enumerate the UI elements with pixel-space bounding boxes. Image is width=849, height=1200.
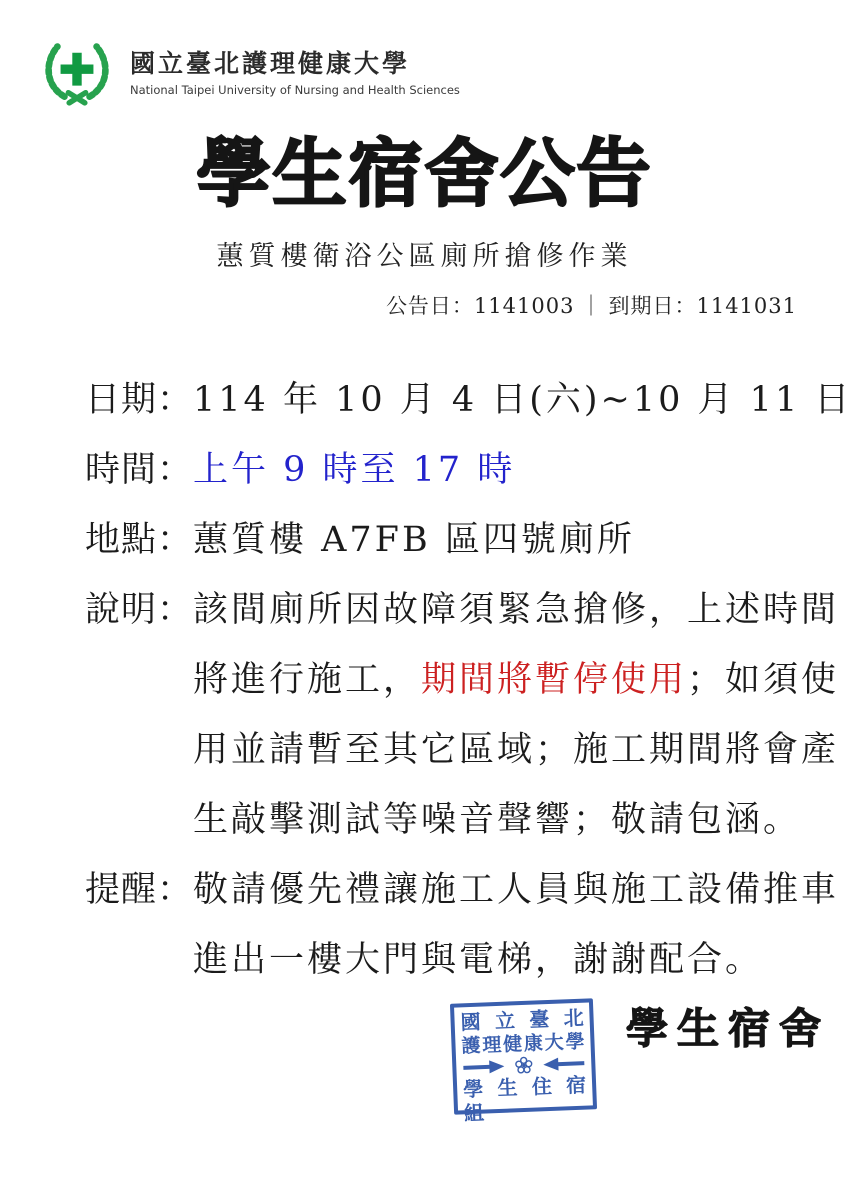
university-logo: 國立臺北護理健康大學 National Taipei University of… <box>34 34 460 106</box>
date-text: 114 年 10 月 4 日(六)~10 月 11 日(六) <box>193 380 849 420</box>
office-stamp: 國 立 臺 北 護理健康大學 學 生 住 宿 組 <box>450 998 597 1114</box>
publish-date-value: 1141003 <box>474 294 575 318</box>
description-line-2: 將進行施工，期間將暫停使用；如須使 <box>193 645 839 715</box>
university-name-en: National Taipei University of Nursing an… <box>130 83 460 97</box>
announcement-title: 學生宿舍公告 <box>0 122 849 226</box>
publish-date-label: 公告日： <box>386 294 474 318</box>
description-text: 生敲擊測試等噪音聲響；敬請包涵。 <box>193 800 801 840</box>
expire-date-value: 1141031 <box>696 294 797 318</box>
reminder-row: 提醒： 敬請優先禮讓施工人員與施工設備推車 進出一樓大門與電梯，謝謝配合。 <box>85 855 807 995</box>
location-text: 蕙質樓 A7FB 區四號廁所 <box>193 520 635 560</box>
date-row: 日期： 114 年 10 月 4 日(六)~10 月 11 日(六) <box>85 365 807 435</box>
logo-text: 國立臺北護理健康大學 National Taipei University of… <box>130 44 460 97</box>
announcement-subtitle: 蕙質樓衛浴公區廁所搶修作業 <box>0 238 849 276</box>
dormitory-announcement-page: 國立臺北護理健康大學 National Taipei University of… <box>0 0 849 1200</box>
stamp-line-4: 學 生 住 宿 組 <box>463 1073 588 1126</box>
description-line-1: 該間廁所因故障須緊急搶修，上述時間 <box>193 575 839 645</box>
announcement-dates: 公告日：1141003｜到期日：1141031 <box>386 291 797 321</box>
reminder-text: 進出一樓大門與電梯，謝謝配合。 <box>193 940 763 980</box>
time-text: 上午 9 時至 17 時 <box>193 450 515 490</box>
date-separator: ｜ <box>580 294 602 318</box>
time-row: 時間： 上午 9 時至 17 時 <box>85 435 807 505</box>
reminder-value: 敬請優先禮讓施工人員與施工設備推車 進出一樓大門與電梯，謝謝配合。 <box>193 855 839 995</box>
plum-blossom-icon <box>514 1056 534 1076</box>
suspended-use-warning-text: 期間將暫停使用 <box>421 660 687 700</box>
expire-date-label: 到期日： <box>608 294 696 318</box>
signature-student-dormitory: 學生宿舍 <box>626 999 830 1059</box>
arrow-left-icon <box>543 1056 586 1073</box>
university-name-zh: 國立臺北護理健康大學 <box>130 44 460 80</box>
description-row: 說明： 該間廁所因故障須緊急搶修，上述時間 將進行施工，期間將暫停使用；如須使 … <box>85 575 807 855</box>
green-cross <box>58 50 96 88</box>
university-emblem-icon <box>34 34 120 106</box>
reminder-label: 提醒： <box>85 855 193 925</box>
location-value: 蕙質樓 A7FB 區四號廁所 <box>193 505 807 575</box>
arrow-right-icon <box>462 1059 505 1076</box>
location-label: 地點： <box>85 505 193 575</box>
description-value: 該間廁所因故障須緊急搶修，上述時間 將進行施工，期間將暫停使用；如須使 用並請暫… <box>193 575 839 855</box>
time-label: 時間： <box>85 435 193 505</box>
description-text: ；如須使 <box>687 660 839 700</box>
description-line-3: 用並請暫至其它區域；施工期間將會產 <box>193 715 839 785</box>
location-row: 地點： 蕙質樓 A7FB 區四號廁所 <box>85 505 807 575</box>
announcement-body: 日期： 114 年 10 月 4 日(六)~10 月 11 日(六) 時間： 上… <box>85 365 807 995</box>
description-text: 用並請暫至其它區域；施工期間將會產 <box>193 730 839 770</box>
description-text: 該間廁所因故障須緊急搶修，上述時間 <box>193 590 839 630</box>
reminder-text: 敬請優先禮讓施工人員與施工設備推車 <box>193 870 839 910</box>
description-text: 將進行施工， <box>193 660 421 700</box>
time-value: 上午 9 時至 17 時 <box>193 435 807 505</box>
date-value: 114 年 10 月 4 日(六)~10 月 11 日(六) <box>193 365 849 435</box>
reminder-line-1: 敬請優先禮讓施工人員與施工設備推車 <box>193 855 839 925</box>
date-label: 日期： <box>85 365 193 435</box>
reminder-line-2: 進出一樓大門與電梯，謝謝配合。 <box>193 925 839 995</box>
description-label: 說明： <box>85 575 193 645</box>
description-line-4: 生敲擊測試等噪音聲響；敬請包涵。 <box>193 785 839 855</box>
